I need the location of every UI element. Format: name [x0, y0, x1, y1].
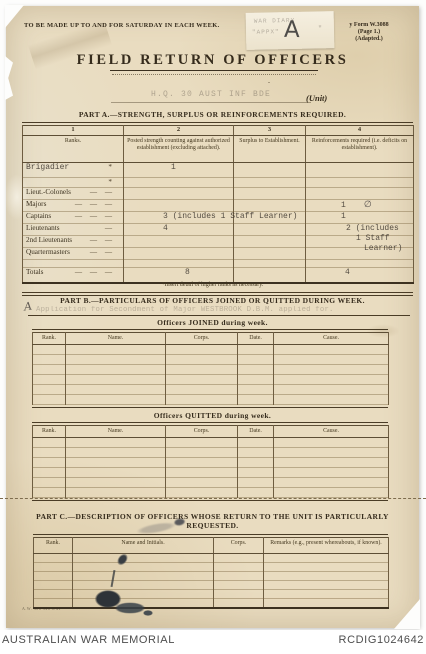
rank-label: Majors [26, 200, 46, 208]
col-header-remarks: Remarks (e.g., present whereabouts, if k… [264, 538, 389, 554]
posted-brigadier: 1 [127, 163, 176, 172]
slip-close-quote: " [318, 25, 322, 33]
scanned-paper-form: TO BE MADE UP TO AND FOR SATURDAY IN EAC… [6, 6, 419, 628]
archive-item-id: RCDIG1024642 [339, 634, 424, 646]
row-majors: Majors— — — 1∅ [23, 200, 414, 212]
empty-row [34, 572, 389, 581]
officers-joined-heading: Officers JOINED during week. [6, 318, 419, 327]
col-header-rank: Rank. [33, 333, 66, 345]
col-number: 3 [234, 126, 306, 136]
col-header-rank: Rank. [34, 538, 73, 554]
archive-footer: AUSTRALIAN WAR MEMORIAL RCDIG1024642 [0, 630, 426, 654]
pasted-slip-stamp: WAR DIARY "APPX" A " [246, 11, 335, 50]
col-header-corps: Corps. [166, 426, 238, 438]
leader-dashes: — — — [75, 200, 120, 208]
torn-corner-top-left [5, 5, 24, 28]
rank-label: Lieutenants [26, 224, 60, 232]
empty-row [33, 478, 389, 488]
archive-name: AUSTRALIAN WAR MEMORIAL [2, 634, 175, 646]
row-lieutenants: Lieutenants— 4 2 (includes 1 Staff Learn… [23, 224, 414, 236]
col-header-corps: Corps. [214, 538, 264, 554]
posted-captains: 3 (includes 1 Staff Learner) [127, 212, 297, 221]
col-number: 1 [23, 126, 124, 136]
rank-label: Lieut.-Colonels [26, 188, 71, 196]
col-header-cause: Cause. [274, 333, 389, 345]
row-2nd-lieutenants: 2nd Lieutenants— — [23, 236, 414, 248]
part-a-number-row: 1 2 3 4 [23, 126, 414, 136]
part-a-heading: PART A.—STRENGTH, SURPLUS OR REINFORCEME… [6, 110, 419, 119]
pen-mark: A [23, 300, 33, 314]
empty-row [33, 458, 389, 468]
empty-row [33, 375, 389, 385]
totals-reinforcements: 4 [309, 268, 350, 277]
unit-value: H.Q. 30 AUST INF BDE [111, 90, 311, 103]
col-header-name-initials: Name and Initials. [73, 538, 214, 554]
row-lieut-colonels: Lieut.-Colonels— — [23, 188, 414, 200]
empty-row [33, 385, 389, 395]
officers-quitted-heading: Officers QUITTED during week. [6, 411, 419, 420]
part-a-header-row: Ranks. Posted strength counting against … [23, 136, 414, 163]
rank-label: Quartermasters [26, 248, 70, 256]
empty-row [33, 345, 389, 355]
top-instruction: TO BE MADE UP TO AND FOR SATURDAY IN EAC… [24, 22, 220, 29]
reinforcements-lieutenants-l3: Learner) [364, 244, 402, 253]
leader-dashes: — [105, 224, 120, 232]
printers-code: A.W. 306 346 8/41 [22, 606, 61, 611]
reinforcements-lieutenants-l1: 2 (includes [346, 224, 399, 233]
slip-line2: "APPX" [252, 28, 280, 36]
typed-note: Application for Secondment of Major WEST… [36, 306, 334, 314]
title-underline-2 [112, 74, 316, 75]
perforation-line [0, 498, 426, 499]
row-quartermasters: Quartermasters— — [23, 248, 414, 260]
torn-corner-bottom-right [394, 599, 420, 629]
row-higher-rank-blank: * [23, 178, 414, 188]
form-reference-line2: (Page 1.) [325, 29, 413, 36]
col-header-posted-strength: Posted strength counting against authori… [124, 136, 234, 163]
col-header-rank: Rank. [33, 426, 66, 438]
quitted-header-row: Rank. Name. Corps. Date. Cause. [33, 426, 389, 438]
col-header-name: Name. [66, 426, 166, 438]
col-header-cause: Cause. [274, 426, 389, 438]
empty-row [33, 365, 389, 375]
handwritten-nil-mark: ∅ [346, 200, 372, 210]
leader-dashes: — — — [75, 268, 120, 276]
officers-joined-table: Rank. Name. Corps. Date. Cause. [32, 329, 388, 408]
leader-dashes: — — [90, 248, 120, 256]
part-c-heading: PART C.—DESCRIPTION OF OFFICERS WHOSE RE… [6, 512, 419, 530]
row-brigadier: Brigadier* 1 [23, 163, 414, 178]
row-totals: Totals— — — 8 4 [23, 268, 414, 283]
form-reference-line1: y Form W.3088 [325, 22, 413, 29]
totals-posted: 8 [127, 268, 190, 277]
col-header-date: Date. [238, 333, 274, 345]
empty-row [33, 395, 389, 405]
col-header-surplus: Surplus to Establishment. [234, 136, 306, 163]
empty-row [33, 438, 389, 448]
part-c-heading-line1: PART C.—DESCRIPTION OF OFFICERS WHOSE RE… [6, 512, 419, 521]
part-c-header-row: Rank. Name and Initials. Corps. Remarks … [34, 538, 389, 554]
col-header-reinforcements: Reinforcements required (i.e. deficits o… [306, 136, 414, 163]
row-captains: Captains— — — 3 (includes 1 Staff Learne… [23, 212, 414, 224]
col-number: 4 [306, 126, 414, 136]
reinforcements-captains: 1 [309, 212, 346, 221]
part-b-typed-note-line: A Application for Secondment of Major WE… [28, 304, 410, 316]
officers-quitted-table: Rank. Name. Corps. Date. Cause. [32, 422, 388, 501]
col-number: 2 [124, 126, 234, 136]
part-a-footnote: *Insert detail of higher ranks as necess… [6, 282, 419, 288]
form-reference-line3: (Adapted.) [325, 36, 413, 43]
handwritten-letter-a: A [284, 17, 300, 43]
form-title: FIELD RETURN OF OFFICERS [6, 52, 419, 69]
posted-lieutenants: 4 [127, 224, 168, 233]
title-underline [110, 70, 318, 71]
scanned-form-page: { "footer": { "archive": "AUSTRALIAN WAR… [0, 0, 426, 654]
empty-row [33, 468, 389, 478]
empty-row [33, 355, 389, 365]
col-header-name: Name. [66, 333, 166, 345]
col-header-corps: Corps. [166, 333, 238, 345]
leader-dashes: — — [90, 236, 120, 244]
stray-mark: . [268, 76, 270, 85]
reinforcements-majors: 1 [309, 201, 346, 210]
torn-edge-left [5, 56, 13, 100]
rank-label: 2nd Lieutenants [26, 236, 72, 244]
unit-label: (Unit) [306, 93, 327, 103]
rank-brigadier: Brigadier [26, 163, 69, 172]
leader-dashes: — — — [75, 212, 120, 220]
empty-row [33, 448, 389, 458]
totals-label: Totals [26, 268, 43, 276]
reinforcements-lieutenants-l2: 1 Staff [356, 234, 390, 243]
ink-blot-large [86, 584, 158, 622]
spacer-row [23, 260, 414, 268]
empty-row [33, 488, 389, 498]
col-header-ranks: Ranks. [23, 136, 124, 163]
leader-dashes: — — [90, 188, 120, 196]
footnote-star: * [108, 178, 120, 186]
rank-label: Captains [26, 212, 51, 220]
footnote-star: * [108, 163, 120, 172]
form-reference: y Form W.3088 (Page 1.) (Adapted.) [325, 22, 413, 43]
col-header-date: Date. [238, 426, 274, 438]
empty-row [34, 563, 389, 572]
empty-row [34, 554, 389, 563]
part-c-heading-line2: REQUESTED. [6, 521, 419, 530]
joined-header-row: Rank. Name. Corps. Date. Cause. [33, 333, 389, 345]
part-a-table: 1 2 3 4 Ranks. Posted strength counting … [22, 122, 413, 284]
